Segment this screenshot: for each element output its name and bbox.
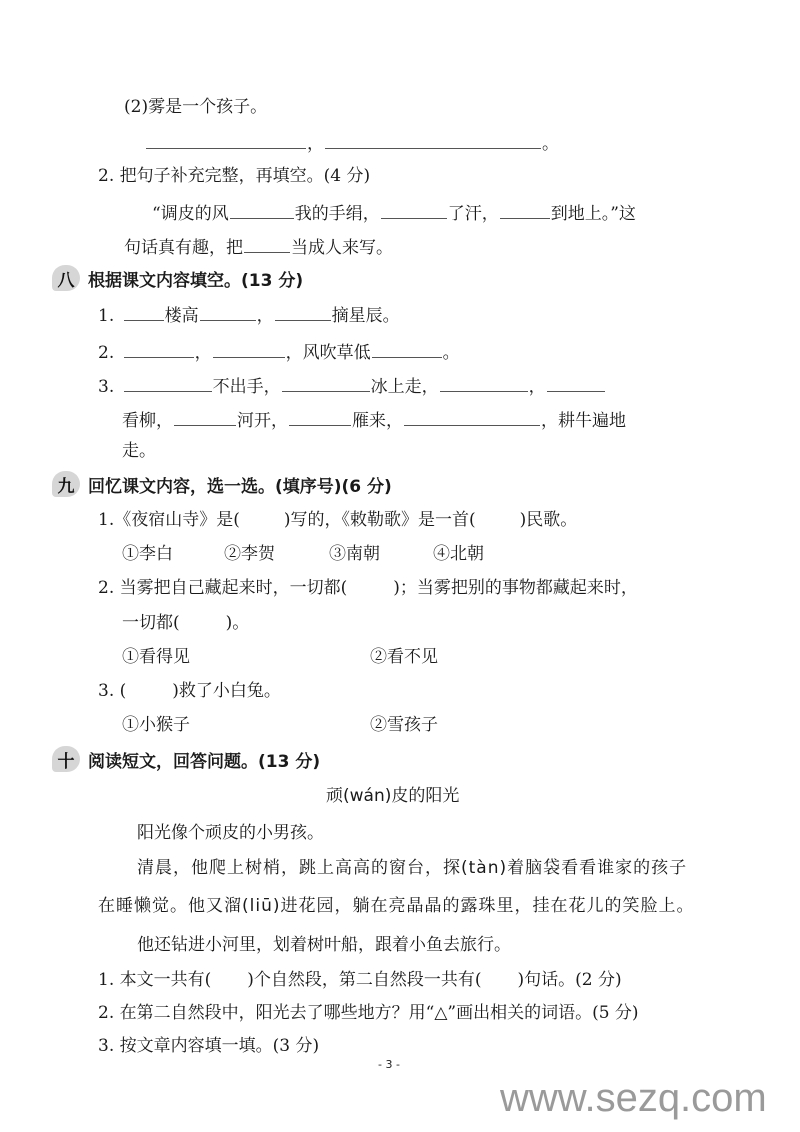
- question-9-1-options: ①李白②李贺③南朝④北朝: [122, 543, 484, 565]
- option: ①李白: [122, 543, 224, 565]
- question-9-2-line1: 2. 当雾把自己藏起来时，一切都()；当雾把别的事物都藏起来时，: [98, 577, 638, 599]
- question-8-1: 1. 楼高，摘星辰。: [98, 302, 400, 327]
- text: 看柳，: [122, 411, 173, 431]
- section-9-header: 九 回忆课文内容，选一选。(填序号)(6 分): [52, 469, 392, 499]
- period: 。: [542, 134, 559, 154]
- blank[interactable]: [500, 200, 550, 219]
- text: 2. 当雾把自己藏起来时，一切都(: [98, 578, 347, 598]
- section-number-badge: 八: [52, 265, 80, 291]
- text: ，: [195, 343, 212, 363]
- blank[interactable]: [282, 373, 370, 392]
- blank[interactable]: [404, 407, 540, 426]
- option: ②雪孩子: [370, 715, 438, 735]
- blank[interactable]: [440, 373, 528, 392]
- blank[interactable]: [372, 339, 442, 358]
- text: ，: [529, 377, 546, 397]
- text: )救了小白兔。: [172, 681, 281, 701]
- text: 雁来，: [352, 411, 403, 431]
- text: )。: [226, 613, 250, 633]
- text: 冰上走，: [371, 377, 439, 397]
- blank[interactable]: [124, 339, 194, 358]
- question-7-2-line1: “调皮的风我的手绢，了汗，到地上。”这: [152, 200, 636, 225]
- question-10-3: 3. 按文章内容填一填。(3 分): [98, 1035, 319, 1057]
- blank[interactable]: [381, 200, 447, 219]
- text: )写的，《敕勒歌》是一首(: [284, 510, 476, 530]
- section-title: 阅读短文，回答问题。(13 分): [88, 747, 320, 772]
- text: ，耕牛遍地: [541, 411, 626, 431]
- text: 了汗，: [448, 204, 499, 224]
- question-8-3-line1: 3. 不出手，冰上走，，: [98, 373, 606, 398]
- text: 我的手绢，: [295, 204, 380, 224]
- text: 摘星辰。: [332, 306, 400, 326]
- option: ①小猴子: [122, 714, 370, 736]
- passage-paragraph-2-line1: 清晨，他爬上树梢，跳上高高的窗台，探(tàn)着脑袋看看谁家的孩子: [137, 857, 687, 879]
- question-8-3-line2: 看柳，河开，雁来，，耕牛遍地: [122, 407, 626, 432]
- text: ，: [257, 306, 274, 326]
- question-number: 3.: [98, 377, 114, 397]
- blank[interactable]: [213, 339, 285, 358]
- text: 句话真有趣，把: [124, 238, 243, 258]
- text: )句话。(2 分): [518, 970, 622, 990]
- question-7-2-line2: 句话真有趣，把当成人来写。: [124, 234, 393, 259]
- text: )；当雾把别的事物都藏起来时，: [393, 578, 638, 598]
- watermark: www.sezq.com: [500, 1076, 767, 1121]
- section-10-header: 十 阅读短文，回答问题。(13 分): [52, 744, 320, 774]
- option: ②李贺: [224, 543, 329, 565]
- text: 楼高: [165, 306, 199, 326]
- question-number: 2.: [98, 343, 114, 363]
- text: )个自然段，第二自然段一共有(: [247, 970, 481, 990]
- text: 当成人来写。: [291, 238, 393, 258]
- comma: ，: [307, 134, 324, 154]
- option: ④北朝: [433, 544, 484, 564]
- text: ，风吹草低: [286, 343, 371, 363]
- blank[interactable]: [547, 373, 605, 392]
- blank[interactable]: [174, 407, 236, 426]
- text: 。: [443, 343, 460, 363]
- section-number-badge: 十: [52, 746, 80, 772]
- blank[interactable]: [124, 302, 164, 321]
- question-10-1: 1. 本文一共有()个自然段，第二自然段一共有()句话。(2 分): [98, 969, 622, 991]
- section-number-badge: 九: [52, 471, 80, 497]
- text: 3. (: [98, 681, 126, 701]
- question-8-3-line3: 走。: [122, 440, 156, 462]
- blank[interactable]: [230, 200, 294, 219]
- page-number: - 3 -: [378, 1058, 400, 1071]
- sub-item-2: (2)雾是一个孩子。: [124, 96, 267, 118]
- option: ②看不见: [370, 647, 438, 667]
- blank[interactable]: [146, 130, 306, 149]
- option: ③南朝: [329, 543, 433, 565]
- question-9-3-options: ①小猴子②雪孩子: [122, 714, 438, 736]
- question-7-2-label: 2. 把句子补充完整，再填空。(4 分): [98, 165, 370, 187]
- question-10-2: 2. 在第二自然段中，阳光去了哪些地方？用“△”画出相关的词语。(5 分): [98, 1002, 639, 1024]
- answer-line: ，。: [145, 130, 559, 155]
- text: 到地上。”这: [551, 204, 636, 224]
- text: 1.《夜宿山寺》是(: [98, 510, 240, 530]
- blank[interactable]: [200, 302, 256, 321]
- question-9-2-line2: 一切都()。: [122, 612, 249, 634]
- text: 不出手，: [213, 377, 281, 397]
- question-9-3: 3. ()救了小白兔。: [98, 680, 281, 702]
- option: ①看得见: [122, 646, 370, 668]
- blank[interactable]: [275, 302, 331, 321]
- question-9-2-options: ①看得见②看不见: [122, 646, 438, 668]
- text: 一切都(: [122, 613, 180, 633]
- text: )民歌。: [520, 510, 578, 530]
- blank[interactable]: [289, 407, 351, 426]
- section-title: 根据课文内容填空。(13 分): [88, 266, 303, 291]
- text: 1. 本文一共有(: [98, 970, 211, 990]
- question-8-2: 2. ，，风吹草低。: [98, 339, 460, 364]
- question-number: 1.: [98, 306, 114, 326]
- passage-paragraph-2-line2: 在睡懒觉。他又溜(liū)进花园，躺在亮晶晶的露珠里，挂在花儿的笑脸上。: [98, 895, 694, 917]
- passage-title: 顽(wán)皮的阳光: [326, 785, 459, 807]
- passage-paragraph-3: 他还钻进小河里，划着树叶船，跟着小鱼去旅行。: [137, 934, 511, 956]
- blank[interactable]: [124, 373, 212, 392]
- section-title: 回忆课文内容，选一选。(填序号)(6 分): [88, 472, 392, 497]
- text: 河开，: [237, 411, 288, 431]
- passage-paragraph-1: 阳光像个顽皮的小男孩。: [137, 822, 324, 844]
- section-8-header: 八 根据课文内容填空。(13 分): [52, 263, 303, 293]
- text: “调皮的风: [152, 204, 229, 224]
- question-9-1: 1.《夜宿山寺》是()写的，《敕勒歌》是一首()民歌。: [98, 509, 577, 531]
- blank[interactable]: [244, 234, 290, 253]
- blank[interactable]: [325, 130, 541, 149]
